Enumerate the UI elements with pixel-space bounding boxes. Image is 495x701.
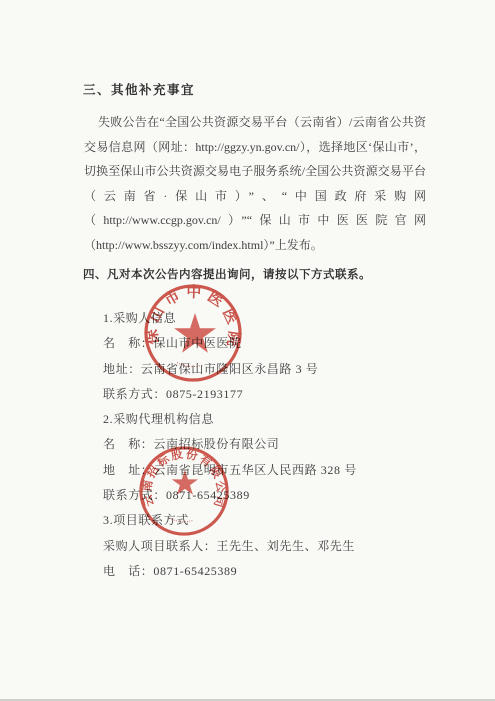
seal-star-icon <box>174 313 216 353</box>
paragraph-line: （http://www.ccgp.gov.cn/）”“保山市中医医院官网 <box>84 208 426 233</box>
seal-micro-marks: ••••••••••• <box>168 516 194 524</box>
paragraph-line: 失败公告在“全国公共资源交易平台（云南省）/云南省公共资源 <box>84 110 426 135</box>
scanned-document-page: 三、其他补充事宜 失败公告在“全国公共资源交易平台（云南省）/云南省公共资源 交… <box>0 0 495 701</box>
section-3-paragraph: 失败公告在“全国公共资源交易平台（云南省）/云南省公共资源 交易信息网（网址：h… <box>84 110 426 258</box>
agency-info-label: 2.采购代理机构信息 <box>103 407 443 432</box>
hospital-official-seal-stamp: 保山市中医医院 ••••••••••• <box>133 273 253 393</box>
paragraph-line: （http://www.bsszyy.com/index.html）”上发布。 <box>84 233 426 258</box>
paragraph-line: 切换至保山市公共资源交易电子服务系统/全国公共资源交易平台 <box>84 159 426 184</box>
seal-star-icon <box>172 470 198 495</box>
project-phone: 电 话：0871-65425389 <box>103 559 443 584</box>
paragraph-line: 交易信息网（网址：http://ggzy.yn.gov.cn/），选择地区‘保山… <box>84 135 426 160</box>
agency-official-seal-stamp: 云南招标股份有限公司 ••••••••••• <box>129 436 239 546</box>
seal-micro-marks: ••••••••••• <box>176 360 204 369</box>
paragraph-line: （云南省·保山市）”、“中国政府采购网 <box>84 184 426 209</box>
section-3-heading: 三、其他补充事宜 <box>83 80 195 98</box>
